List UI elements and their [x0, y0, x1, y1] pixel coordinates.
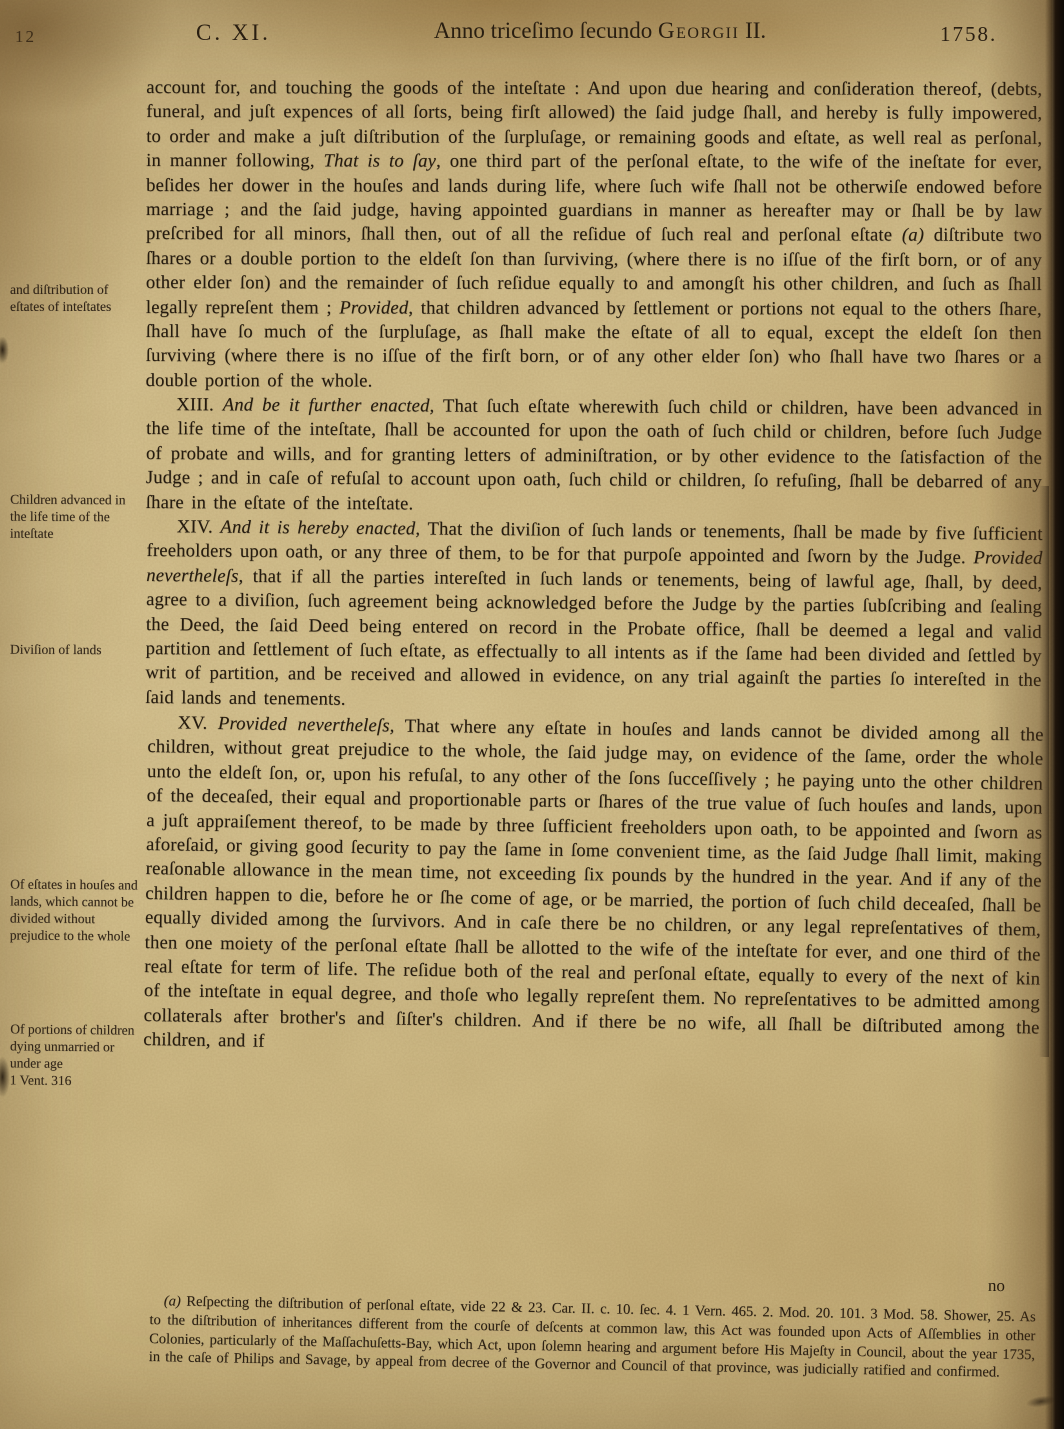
statute-paragraph-xiv: XIV. And it is hereby enacted, That the … [145, 515, 1043, 718]
italic-phrase: (a) [902, 225, 924, 246]
italic-phrase: And be it further enacted, [223, 395, 435, 417]
margin-note-portions-of-children: Of portions of children dying unmarried … [10, 1020, 139, 1089]
italic-phrase: And it is hereby enacted, [220, 517, 420, 540]
text-run: Reſpecting the diſtribution of perſonal … [149, 1294, 1036, 1381]
statute-paragraph-xiii: XIII. And be it further enacted, That ſu… [146, 393, 1043, 520]
margin-note-estates-not-divisible: Of eſtates in houſes and lands, which ca… [10, 875, 139, 944]
text-run: XIV. [177, 517, 221, 538]
text-run: XIII. [176, 394, 223, 415]
running-title: Anno triceſimo ſecundo Georgii II. [330, 18, 870, 44]
italic-phrase: (a) [164, 1293, 181, 1309]
margin-note-distribution: and diſtribution of eſtates of inteſtate… [10, 281, 138, 315]
italic-phrase: Provided [339, 297, 408, 318]
monarch-name: Georgii [658, 18, 739, 43]
italic-phrase: That is to ſay [324, 151, 437, 172]
book-edge-shadow [1045, 0, 1064, 1429]
scanned-statute-page: 12 C. XI. Anno triceſimo ſecundo Georgii… [0, 0, 1064, 1429]
text-run: XV. [178, 712, 219, 734]
running-title-suffix: II. [739, 18, 766, 43]
body-text-column: account for, and touching the goods of t… [146, 76, 1042, 1052]
chapter-heading: C. XI. [196, 20, 271, 46]
statute-paragraph-xv: XV. Provided nevertheleſs, That where an… [143, 711, 1044, 1065]
text-run: , that if all the parties intereſted in … [145, 566, 1042, 710]
text-run: That where any eſtate in houſes and land… [143, 715, 1044, 1051]
margin-note-children-advanced: Children advanced in the life time of th… [10, 491, 138, 543]
running-title-prefix: Anno triceſimo ſecundo [434, 18, 658, 43]
page-number: 12 [15, 27, 36, 47]
italic-phrase: Provided nevertheleſs, [218, 713, 395, 736]
statute-paragraph-continuation: account for, and touching the goods of t… [146, 76, 1043, 395]
margin-note-division-of-lands: Diviſion of lands [10, 641, 138, 659]
